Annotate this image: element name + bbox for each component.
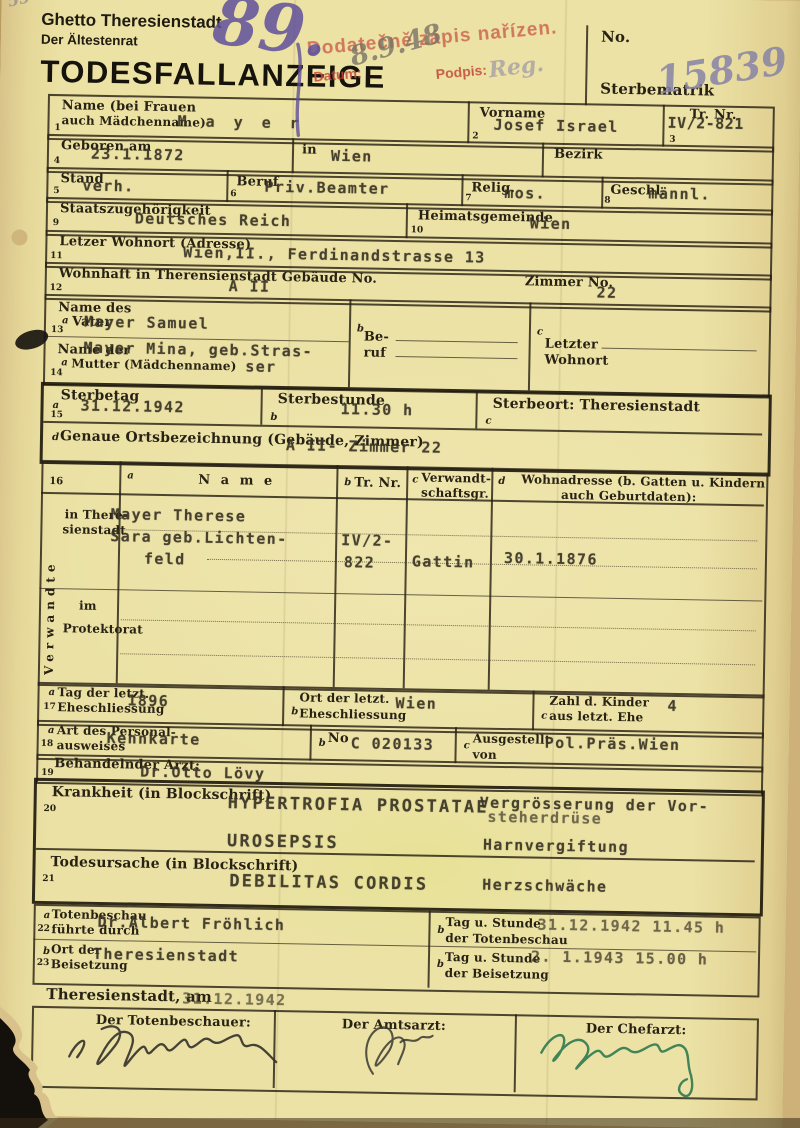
mutter-label-line2: Mutter (Mädchenname) bbox=[71, 356, 236, 373]
group-protektorat-label1: im bbox=[79, 599, 97, 613]
marker: c bbox=[537, 326, 543, 337]
gebaeude-value: A II bbox=[229, 277, 271, 296]
field-index: 14 bbox=[50, 368, 63, 378]
todesursache-value: DEBILITAS CORDIS bbox=[229, 871, 428, 894]
group-protektorat-label2: Protektorat bbox=[63, 621, 143, 636]
marker: d bbox=[52, 432, 59, 443]
marker: c bbox=[412, 474, 418, 485]
relative-name-line2: Sara geb.Lichten- bbox=[110, 527, 288, 548]
marker: d bbox=[498, 476, 505, 487]
beruf-col-label1: Be- bbox=[364, 329, 390, 344]
marker: a bbox=[61, 357, 68, 368]
marker: b bbox=[437, 959, 444, 970]
totenbeschau-value: Dr.Albert Fröhlich bbox=[97, 913, 285, 934]
sterbetag-value: 31.12.1942 bbox=[80, 397, 185, 417]
vorname-value: Josef Israel bbox=[493, 116, 618, 136]
stand-value: verh. bbox=[82, 177, 134, 196]
zimmer-value: 22 bbox=[596, 284, 617, 302]
geboren-value: 23.1.1872 bbox=[91, 145, 185, 165]
field-index: 5 bbox=[53, 186, 59, 196]
ehe-ort-value: Wien bbox=[395, 694, 437, 713]
col-header-verw2: schaftsgr. bbox=[421, 485, 489, 500]
col-header-name: N a m e bbox=[198, 473, 275, 489]
bezirk-label: Bezirk bbox=[554, 147, 603, 163]
marker: b bbox=[270, 412, 277, 423]
field-index: 2 bbox=[472, 131, 478, 141]
tb-zeit-value: 31.12.1942 11.45 h bbox=[537, 916, 725, 937]
letzter-wohnort-col-label1: Letzter bbox=[545, 337, 599, 353]
field-index: 6 bbox=[230, 189, 236, 199]
krankheit-german-line3: Harnvergiftung bbox=[483, 836, 629, 857]
mutter-value-line2: ser bbox=[245, 357, 277, 376]
relative-name-line3: feld bbox=[144, 550, 186, 569]
col-header-verw1: Verwandt- bbox=[421, 470, 491, 485]
marker: b bbox=[291, 706, 298, 717]
relative-trnr-line1: IV/2- bbox=[341, 531, 393, 550]
in-label: in bbox=[302, 142, 317, 157]
marker: b bbox=[43, 946, 50, 957]
marker: b bbox=[437, 925, 444, 936]
signature-label-chefarzt: Der Chefarzt: bbox=[586, 1021, 687, 1038]
ausgestellt-label2: von bbox=[472, 747, 497, 761]
signature-label-totenbeschauer: Der Totenbeschauer: bbox=[96, 1013, 251, 1031]
genaue-orts-value: A II- Zimmer 22 bbox=[286, 436, 443, 457]
field-index: 12 bbox=[50, 283, 63, 293]
marker: a bbox=[48, 687, 55, 698]
stamp-podpis-label: Podpis: bbox=[435, 62, 488, 82]
staats-value: Deutsches Reich bbox=[135, 209, 292, 230]
relative-name-line1: Mayer Therese bbox=[111, 505, 247, 525]
field-index: 22 bbox=[37, 924, 50, 934]
trnr-value: IV/2-821 bbox=[667, 114, 744, 133]
ehe-tag-value: 1896 bbox=[127, 691, 169, 710]
field-index: 9 bbox=[53, 218, 59, 228]
org-name-line1: Ghetto Theresienstadt bbox=[41, 10, 222, 33]
field-index: 15 bbox=[50, 410, 63, 420]
ausgestellt-value: Pol.Präs.Wien bbox=[545, 734, 681, 754]
marker: c bbox=[464, 740, 470, 751]
geburtsort-value: Wien bbox=[331, 147, 373, 166]
ausweis-value: Kennkarte bbox=[107, 729, 201, 749]
scanned-death-certificate: Ghetto Theresienstadt Der Ältestenrat TO… bbox=[0, 0, 800, 1128]
field-index: 21 bbox=[42, 874, 55, 884]
field-index: 7 bbox=[465, 193, 471, 203]
kinder-label2: aus letzt. Ehe bbox=[549, 709, 643, 725]
krankheit-german-line2: steherdrüse bbox=[487, 808, 602, 828]
beisetzung-ort-value: Theresienstadt bbox=[93, 945, 239, 966]
kinder-label1: Zahl d. Kinder bbox=[549, 694, 649, 710]
letzter-wohnort-col-label2: Wohnort bbox=[544, 353, 608, 369]
field-index: 4 bbox=[54, 156, 60, 166]
field-index: 17 bbox=[43, 702, 56, 712]
relative-birthdate: 30.1.1876 bbox=[504, 549, 598, 569]
beruf-col-label2: ruf bbox=[363, 345, 386, 360]
todesursache-german: Herzschwäche bbox=[482, 876, 607, 896]
relative-trnr-line2: 822 bbox=[344, 553, 376, 572]
relative-relationship: Gattin bbox=[412, 552, 475, 571]
beisetzung-zeit-value: 2. 1.1943 15.00 h bbox=[531, 947, 709, 968]
marker: a bbox=[127, 470, 134, 481]
org-name-line2: Der Ältestenrat bbox=[41, 32, 138, 49]
field-index: 3 bbox=[669, 135, 675, 145]
name-value: M a y e r bbox=[177, 112, 304, 132]
marker: b bbox=[319, 738, 326, 749]
field-index: 19 bbox=[41, 768, 54, 778]
field-index: 8 bbox=[604, 196, 610, 206]
field-index: 13 bbox=[51, 325, 64, 335]
tb-zeit-label1: Tag u. Stunde bbox=[445, 915, 541, 931]
beruf-value: Priv.Beamter bbox=[264, 178, 389, 198]
ausweis-no-label: No bbox=[328, 731, 349, 746]
field-index: 11 bbox=[50, 251, 63, 261]
relig-value: mos. bbox=[504, 184, 546, 203]
vater-value: Mayer Samuel bbox=[84, 313, 209, 333]
heimat-value: Wien bbox=[530, 214, 572, 233]
field-index: 23 bbox=[37, 958, 50, 968]
beisetzung-zeit-label2: der Beisetzung bbox=[445, 966, 549, 982]
krankheit-value-line2: UROSEPSIS bbox=[227, 831, 339, 853]
geschl-value: männl. bbox=[648, 184, 711, 203]
beisetzung-zeit-label1: Tag u. Stunde bbox=[445, 950, 541, 966]
field-index: 18 bbox=[41, 739, 54, 749]
marker: a bbox=[48, 725, 55, 736]
ehe-ort-label2: Eheschliessung bbox=[299, 706, 406, 722]
ausgestellt-label1: Ausgestellt bbox=[473, 731, 551, 746]
col-header-trnr: Tr. Nr. bbox=[354, 475, 401, 491]
ausweis-no-value: C 020133 bbox=[351, 734, 435, 753]
paper-sheet: Ghetto Theresienstadt Der Ältestenrat TO… bbox=[0, 0, 800, 1128]
col-header-wohn2: auch Geburtdaten): bbox=[561, 488, 697, 504]
kinder-value: 4 bbox=[667, 697, 678, 715]
signature-label-amtsarzt: Der Amtsarzt: bbox=[342, 1017, 446, 1034]
footer-date-value: 31.12.1942 bbox=[182, 989, 287, 1009]
field-index: 20 bbox=[43, 804, 56, 814]
marker: c bbox=[541, 711, 547, 722]
field-index: 1 bbox=[54, 123, 60, 133]
verwandte-sidebar-label: Verwandte bbox=[42, 510, 59, 675]
marker: b bbox=[344, 477, 351, 488]
marker: c bbox=[485, 416, 491, 427]
sterbestunde-value: 11.30 h bbox=[340, 400, 413, 419]
marker: a bbox=[44, 910, 51, 921]
field-index: 16 bbox=[49, 476, 63, 487]
field-index: 10 bbox=[411, 225, 424, 235]
ehe-ort-label1: Ort der letzt. bbox=[299, 690, 389, 706]
